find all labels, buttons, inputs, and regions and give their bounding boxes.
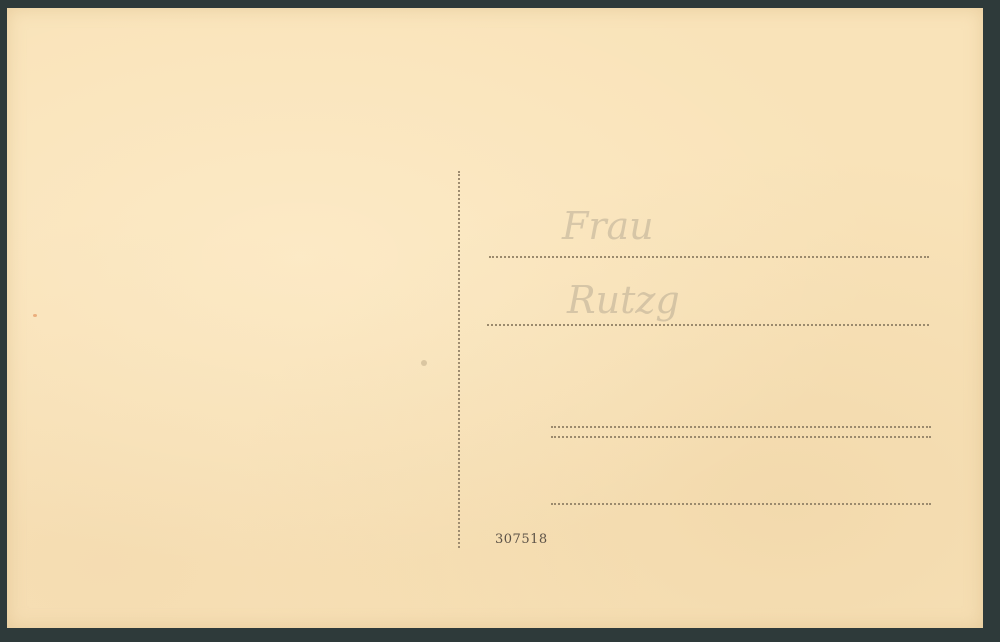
postcard-back: Frau Rutzg 307518 xyxy=(7,8,983,628)
paper-spot xyxy=(33,314,37,317)
serial-number: 307518 xyxy=(495,532,548,547)
address-line-4 xyxy=(551,436,931,438)
paper-spot xyxy=(421,360,427,366)
address-line-2 xyxy=(487,324,929,326)
address-line-5 xyxy=(551,503,931,505)
address-line-3 xyxy=(551,426,931,428)
center-divider-line xyxy=(458,171,460,548)
faint-pencil-writing-2: Rutzg xyxy=(567,278,680,322)
faint-pencil-writing-1: Frau xyxy=(562,204,654,248)
address-line-1 xyxy=(489,256,929,258)
